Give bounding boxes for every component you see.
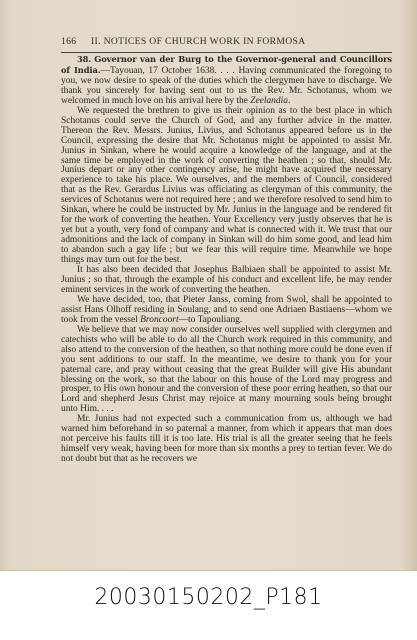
entry-paragraph: 38. Governor van der Burg to the Governo…: [61, 55, 392, 107]
page-number: 166: [61, 36, 91, 47]
paragraph: It has also been decided that Josephus B…: [61, 266, 392, 296]
paragraph: We requested the brethren to give us the…: [61, 107, 392, 266]
image-id-caption: 20030150202_P181: [0, 585, 417, 610]
entry-number: 38.: [77, 54, 91, 64]
scanned-page: 166 II. NOTICES OF CHURCH WORK IN FORMOS…: [0, 0, 417, 571]
entry-text: —Tayouan, 17 October 1638. . . . Having …: [61, 66, 392, 106]
paragraph: Mr. Junius had not expected such a commu…: [61, 415, 392, 465]
paragraph-text: —to Tapouliang.: [179, 315, 243, 325]
paragraph: We have decided, too, that Pieter Janss,…: [61, 296, 392, 326]
running-head: 166 II. NOTICES OF CHURCH WORK IN FORMOS…: [61, 36, 392, 50]
punctuation: .: [288, 96, 290, 106]
paragraph: We believe that we may now consider ours…: [61, 326, 392, 416]
ship-name: Zeelandia: [250, 96, 288, 106]
body-text: 38. Governor van der Burg to the Governo…: [61, 55, 392, 465]
ship-name: Broncoort: [140, 315, 178, 325]
header-rule: [61, 52, 392, 53]
page-content: 166 II. NOTICES OF CHURCH WORK IN FORMOS…: [61, 36, 392, 465]
running-head-title: II. NOTICES OF CHURCH WORK IN FORMOSA: [91, 36, 306, 47]
